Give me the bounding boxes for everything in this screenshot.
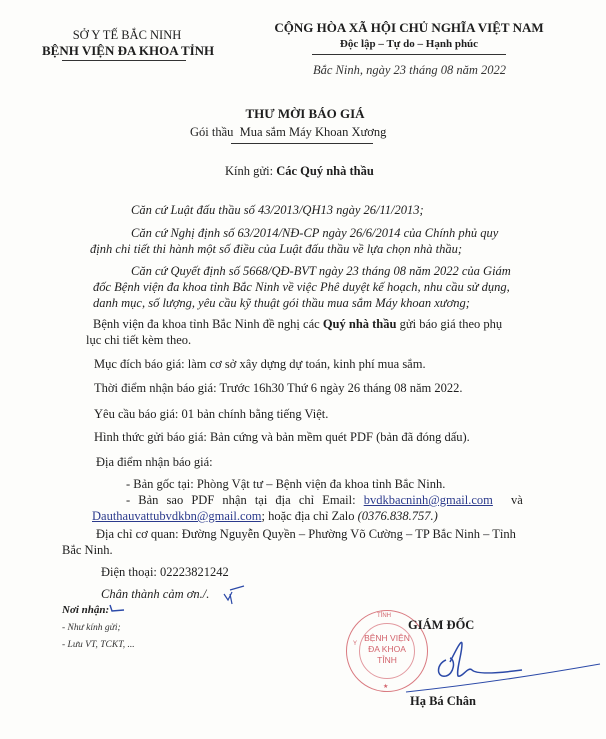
basis-line: Căn cứ Quyết định số 5668/QĐ-BVT ngày 23… bbox=[131, 264, 511, 279]
package-label: Gói thầu bbox=[190, 125, 233, 139]
deadline: Thời điểm nhận báo giá: Trước 16h30 Thứ … bbox=[94, 381, 463, 396]
address: Địa chỉ cơ quan: Đường Nguyễn Quyền – Ph… bbox=[96, 527, 516, 542]
email-link-2[interactable]: Dauthauvattubvdkbn@gmail.com bbox=[92, 509, 261, 523]
basis-line: đốc Bệnh viện đa khoa tỉnh Bắc Ninh về v… bbox=[93, 280, 510, 295]
package-line: Gói thầu Mua sắm Máy Khoan Xương bbox=[190, 125, 386, 140]
copy-location: - Bản sao PDF nhận tại địa chỉ Email: bv… bbox=[126, 493, 523, 508]
place-date: Bắc Ninh, ngày 23 tháng 08 năm 2022 bbox=[313, 63, 506, 78]
basis-line: Căn cứ Nghị định số 63/2014/NĐ-CP ngày 2… bbox=[131, 226, 498, 241]
hospital-name: BỆNH VIỆN ĐA KHOA TỈNH bbox=[42, 43, 214, 59]
requirement: Yêu cầu báo giá: 01 bản chính bằng tiếng… bbox=[94, 407, 328, 422]
salutation-prefix: Kính gửi: bbox=[225, 164, 273, 178]
location-label: Địa điểm nhận báo giá: bbox=[96, 455, 213, 470]
request-line: Bệnh viện đa khoa tỉnh Bắc Ninh đề nghị … bbox=[93, 317, 502, 332]
thanks: Chân thành cảm ơn./. bbox=[101, 587, 209, 602]
stamp-ring-text: TỈNH bbox=[377, 613, 391, 619]
recipient-item: - Lưu VT, TCKT, ... bbox=[62, 640, 135, 650]
ink-initial-mark bbox=[222, 586, 252, 606]
stamp-line: BỆNH VIỆN bbox=[347, 633, 427, 644]
handwritten-signature bbox=[432, 630, 602, 700]
signer-name: Hạ Bá Chân bbox=[410, 694, 476, 709]
department-name: SỞ Y TẾ BẮC NINH bbox=[52, 28, 202, 43]
copy-prefix: - Bản sao PDF nhận tại địa chỉ Email: bbox=[126, 493, 356, 507]
recipient-item: - Như kính gửi; bbox=[62, 623, 121, 633]
address-cont: Bắc Ninh. bbox=[62, 543, 113, 558]
motto-underline bbox=[312, 54, 506, 55]
phone: Điện thoại: 02223821242 bbox=[101, 565, 229, 580]
basis-line: Căn cứ Luật đấu thầu số 43/2013/QH13 ngà… bbox=[131, 203, 424, 218]
stamp-line: TỈNH bbox=[347, 655, 427, 666]
zalo-prefix: ; hoặc địa chỉ Zalo bbox=[261, 509, 357, 523]
request-suffix: gửi báo giá theo phụ bbox=[396, 317, 502, 331]
request-cont: lục chi tiết kèm theo. bbox=[86, 333, 191, 348]
salutation-target: Các Quý nhà thầu bbox=[276, 164, 374, 178]
hospital-underline bbox=[62, 60, 186, 61]
nation-title: CỘNG HÒA XÃ HỘI CHỦ NGHĨA VIỆT NAM bbox=[260, 20, 558, 36]
basis-line: danh mục, số lượng, yêu cầu kỹ thuật gói… bbox=[93, 296, 470, 311]
package-name: Mua sắm Máy Khoan Xương bbox=[240, 125, 387, 139]
original-location: - Bản gốc tại: Phòng Vật tư – Bệnh viện … bbox=[126, 477, 445, 492]
email-link-1[interactable]: bvdkbacninh@gmail.com bbox=[364, 493, 493, 507]
national-motto: Độc lập – Tự do – Hạnh phúc bbox=[300, 38, 518, 50]
copy-and: và bbox=[511, 493, 523, 507]
recipients-label: Nơi nhận: bbox=[62, 604, 109, 616]
document-title: THƯ MỜI BÁO GIÁ bbox=[150, 106, 460, 122]
ink-check-mark bbox=[108, 603, 128, 615]
submission-method: Hình thức gửi báo giá: Bản cứng và bản m… bbox=[94, 430, 470, 445]
package-underline bbox=[231, 143, 373, 144]
request-prefix: Bệnh viện đa khoa tỉnh Bắc Ninh đề nghị … bbox=[93, 317, 323, 331]
salutation: Kính gửi: Các Quý nhà thầu bbox=[225, 164, 374, 179]
request-bold: Quý nhà thầu bbox=[323, 317, 397, 331]
purpose: Mục đích báo giá: làm cơ sở xây dựng dự … bbox=[94, 357, 426, 372]
zalo-number: (0376.838.757.) bbox=[358, 509, 438, 523]
stamp-line: ĐA KHOA bbox=[347, 644, 427, 655]
stamp-star-icon: ★ bbox=[383, 683, 388, 690]
stamp-ring-text: Y bbox=[353, 641, 357, 647]
copy-location-cont: Dauthauvattubvdkbn@gmail.com; hoặc địa c… bbox=[92, 509, 438, 524]
basis-line: định chi tiết thi hành một số điều của L… bbox=[90, 242, 462, 257]
